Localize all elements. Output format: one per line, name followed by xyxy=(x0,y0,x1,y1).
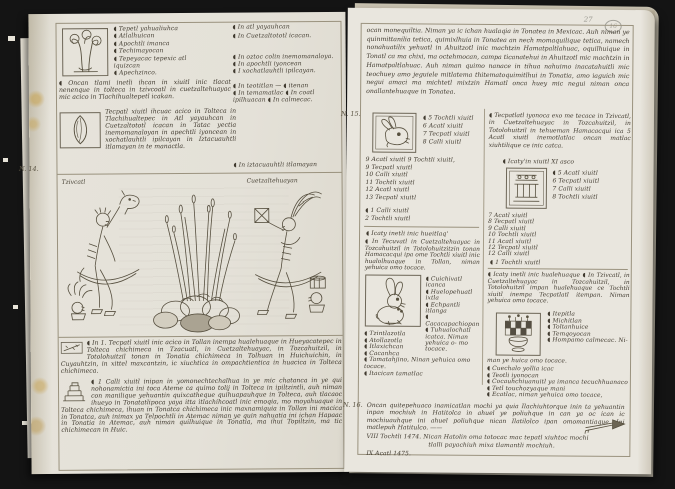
year-list: 9 Acatl xiuitl 9 Tochtli xiuitl,9 Tecpat… xyxy=(365,156,483,202)
right-column-paragraph: ◖ Tecpatlatl iyonoca exo me tecace in Tz… xyxy=(489,112,631,150)
date-line-1475: IX Acatl 1475. xyxy=(366,450,486,458)
place-name-list: ◖ Tepetl yahualiuhca◖ Atlalhuican◖ Apoch… xyxy=(113,25,209,78)
list-item: ◖ In Cuetzaltototl icacan. xyxy=(233,31,341,41)
date-line-1474: VIII Tochtli 1474. Nican Hatolin oma tot… xyxy=(366,433,606,442)
paragraph-1-calli: ◖ 1 Calli xiuitl inipan in yomonechtecha… xyxy=(61,378,342,435)
pencil-folio-number: 27 xyxy=(584,16,593,24)
list-item: 8 Tochtli xiuitl xyxy=(552,193,630,202)
list-item: ipilhuacan ◖ In calmecac. xyxy=(233,96,341,104)
paragraph-with-platform-glyph: ◖ 1 Calli xiuitl inipan in yomonechtecha… xyxy=(61,378,342,435)
place-list: ◖ Tzintlazotla◖ Atollazotla◖ Itlaxichcan… xyxy=(364,331,481,378)
place-list: ◖ Itepitla◖ Michitlan◖ Toltanhuice◖ Temq… xyxy=(547,311,629,345)
hualehuaque-paragraph: ◖ Icaty inetli inic hualehuaque ◖ In Tzi… xyxy=(487,272,629,306)
paragraph-oncan: ◖ Oncan tlami inetli ihcan in xiuitl ini… xyxy=(59,80,231,102)
manuscript-photo: ◖ Tepetl yahualiuhca◖ Atlalhuican◖ Apoch… xyxy=(0,0,675,489)
tree-place-glyph-icon xyxy=(61,28,108,77)
list-item: ◖ Itacican tamatlac xyxy=(364,371,481,379)
entry-list-b: ◖ In oztoc colin inemomanaloya.◖ In apoc… xyxy=(233,53,341,75)
list-item: 13 Tecpatl xiuitl xyxy=(365,194,483,203)
year-list: ◖ 5 Acatl xiuitl6 Tecpatl xiuitl7 Calli … xyxy=(552,169,630,201)
list-item: ◖ Echpantli itlanga xyxy=(425,302,481,315)
paper-speck xyxy=(13,305,18,309)
column-divider xyxy=(482,109,485,385)
list-item: ◖ Apechzinco. xyxy=(114,69,210,77)
eagle-line: ◖ In iztacuauhtli itlamayan xyxy=(233,161,341,169)
columned-temple-glyph-icon xyxy=(505,167,547,209)
place-list: ◖ Cuechalo yollia icac◖ Teotli iyonocan◖… xyxy=(487,366,639,400)
seated-rabbit-glyph-icon xyxy=(364,274,421,327)
checkerboard-altar-glyph-icon xyxy=(495,312,541,356)
left-column-paragraph: ◖ In Tecuvatl in Cuetzaltehuayac in Tozc… xyxy=(365,239,480,272)
main-illustration-panel: Tzivcatl Cuetzaltehuayan xyxy=(59,174,342,336)
list-divider xyxy=(364,226,479,228)
year-list: ◖ 1 Calli xiuitl2 Tochtli xiuitl xyxy=(365,207,483,223)
top-paragraph: ocan monequiltia. Niman ya ic ichan hual… xyxy=(366,27,630,99)
list-item: ◖ Huelopehuatl ixtla xyxy=(426,289,482,302)
list-item: 7 Tecpatl xiuitl xyxy=(423,130,483,138)
right-page-ruled-frame: ocan monequiltia. Niman ya ic ichan hual… xyxy=(357,23,633,457)
margin-number-16: N. 16. xyxy=(343,401,363,409)
list-divider xyxy=(488,268,628,270)
list-item: ◖ Tamatahjino, Ninan yehuica omo tocace. xyxy=(364,357,481,371)
section-heading: ◖ Icaty inetli inic hueitlaq' xyxy=(366,230,482,238)
paper-speck xyxy=(3,158,8,162)
rabbit-head-glyph-icon xyxy=(372,112,417,153)
paragraph-with-flint-glyph: ◖ In 1. Tecpatl xiuitl inic acico in Tol… xyxy=(61,339,342,375)
year-list: ◖ 5 Tochtli xiuitl6 Acatl xiuitl7 Tecpat… xyxy=(423,114,483,146)
list-item: 6 Acatl xiuitl xyxy=(423,122,483,130)
list-item: 2 Tochtli xiuitl xyxy=(365,215,483,224)
paragraph-1-tecpatl: ◖ In 1. Tecpatl xiuitl inic acico in Tol… xyxy=(61,339,342,375)
list-item: ◖ Cacacapachiopan xyxy=(425,315,481,328)
right-manuscript-page: 27 16 ocan monequiltia. Niman ya ic icha… xyxy=(344,8,655,474)
list-item: ◖ Cuichivatl icanca xyxy=(426,276,482,289)
list-item: 8 Calli xiuitl xyxy=(423,138,483,146)
list-item: 12 Calli xiuitl xyxy=(488,251,608,258)
left-page-ruled-frame: ◖ Tepetl yahualiuhca◖ Atlalhuican◖ Apoch… xyxy=(55,21,344,471)
list-item: ◖ Ecatlac, niman yehuica omo tocace, xyxy=(487,392,639,400)
list-item: ◖ Hompamo calmecac. Ni- xyxy=(547,338,629,345)
tochtli-year-line: ◖ 1 Tochtli xiuitl xyxy=(490,259,610,267)
flint-knife-glyph-icon xyxy=(61,342,83,354)
place-list-continuation: man ye huica omo tocace. xyxy=(487,358,607,366)
margin-number-15: N. 15. xyxy=(341,110,361,118)
leaf-shell-glyph-icon xyxy=(59,112,101,149)
two-figures-reeds-stones-drawing xyxy=(59,182,342,334)
left-manuscript-page: ◖ Tepetl yahualiuhca◖ Atlalhuican◖ Apoch… xyxy=(28,12,348,474)
list-item: ◖ Tepeyacac tepexic atl iquizcan xyxy=(114,54,210,69)
entry-list-a: ◖ In atl yayauhcan◖ In Cuetzaltototl ica… xyxy=(232,22,340,41)
date-line-continuation: tlalli payachiuh mixa tlamantli mochiuh. xyxy=(428,441,618,450)
paragraph-with-leaf-glyph: Tecpatl xiuitl ihcuac acico in Tolteca i… xyxy=(59,109,236,152)
xiuitl-heading: ◖ Icaty'in xiuitl XI asco xyxy=(503,158,631,166)
temple-platform-glyph-icon xyxy=(61,381,87,403)
year-list: 7 Acatl xiuitl8 Tecpatl xiuitl9 Calli xi… xyxy=(488,213,608,259)
paper-speck xyxy=(8,36,15,41)
entry-list-c: ◖ In teotitlan — ◖ itenan◖ In temamatlac… xyxy=(233,82,341,104)
margin-number-14: N. 14. xyxy=(19,165,39,173)
arrow-sketch-icon xyxy=(584,418,626,436)
list-item: ◖ I xochatlauhtli ipilcayan. xyxy=(233,67,341,75)
